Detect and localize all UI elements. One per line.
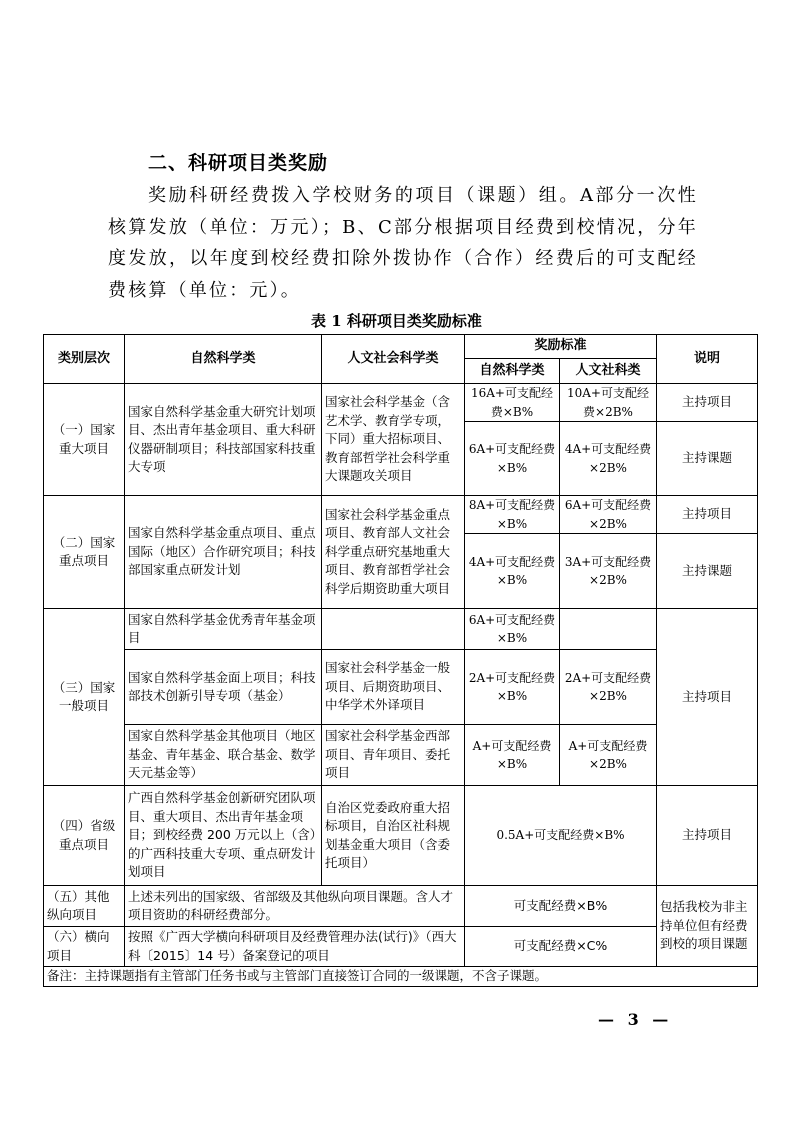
header-natural: 自然科学类 — [125, 335, 322, 384]
natural-cell: 国家自然科学基金其他项目（地区基金、青年基金、联合基金、数学天元基金等） — [125, 725, 322, 786]
note-cell: 主持项目 — [657, 609, 758, 786]
note-cell: 包括我校为非主持单位但有经费到校的项目课题 — [657, 886, 758, 967]
natural-cell: 广西自然科学基金创新研究团队项目、重大项目、杰出青年基金项目；到校经费 200 … — [125, 786, 322, 886]
natural-cell: 国家自然科学基金面上项目；科技部技术创新引导专项（基金） — [125, 650, 322, 725]
note-cell: 主持课题 — [657, 534, 758, 609]
section-paragraph: 奖励科研经费拨入学校财务的项目（课题）组。A部分一次性核算发放（单位：万元）；B… — [108, 180, 698, 306]
humanities-cell: 国家社会科学基金一般项目、后期资助项目、中华学术外译项目 — [322, 650, 465, 725]
header-reward-humanities: 人文社科类 — [560, 359, 657, 384]
reward-natural-cell: 8A+可支配经费×B% — [465, 496, 560, 534]
category-cell: （四）省级重点项目 — [44, 786, 125, 886]
header-humanities: 人文社会科学类 — [322, 335, 465, 384]
reward-natural-cell: 4A+可支配经费×B% — [465, 534, 560, 609]
note-cell: 主持项目 — [657, 384, 758, 422]
category-cell: （三）国家一般项目 — [44, 609, 125, 786]
category-cell: （六）横向项目 — [44, 927, 125, 967]
category-cell: （一）国家重大项目 — [44, 384, 125, 496]
description-cell: 上述未列出的国家级、省部级及其他纵向项目课题。含人才项目资助的科研经费部分。 — [125, 886, 465, 927]
reward-humanities-cell: 2A+可支配经费×2B% — [560, 650, 657, 725]
table-row: 国家自然科学基金面上项目；科技部技术创新引导专项（基金） 国家社会科学基金一般项… — [44, 650, 758, 725]
humanities-cell — [322, 609, 465, 650]
header-note: 说明 — [657, 335, 758, 384]
reward-humanities-cell: 3A+可支配经费×2B% — [560, 534, 657, 609]
table-row: （二）国家重点项目 国家自然科学基金重点项目、重点国际（地区）合作研究项目；科技… — [44, 496, 758, 534]
reward-natural-cell: 6A+可支配经费×B% — [465, 609, 560, 650]
table-row: （一）国家重大项目 国家自然科学基金重大研究计划项目、杰出青年基金项目、重大科研… — [44, 384, 758, 422]
note-cell: 主持项目 — [657, 786, 758, 886]
reward-humanities-cell — [560, 609, 657, 650]
reward-cell: 可支配经费×C% — [465, 927, 657, 967]
reward-humanities-cell: 6A+可支配经费×2B% — [560, 496, 657, 534]
note-cell: 主持课题 — [657, 422, 758, 496]
reward-natural-cell: A+可支配经费×B% — [465, 725, 560, 786]
remark-cell: 备注：主持课题指有主管部门任务书或与主管部门直接签订合同的一级课题，不含子课题。 — [44, 967, 758, 987]
natural-cell: 国家自然科学基金重大研究计划项目、杰出青年基金项目、重大科研仪器研制项目；科技部… — [125, 384, 322, 496]
table-caption: 表 1 科研项目类奖励标准 — [0, 310, 793, 331]
header-reward: 奖励标准 — [465, 335, 657, 359]
humanities-cell: 国家社会科学基金（含艺术学、教育学专项，下同）重大招标项目、教育部哲学社会科学重… — [322, 384, 465, 496]
header-category: 类别层次 — [44, 335, 125, 384]
reward-humanities-cell: 10A+可支配经费×2B% — [560, 384, 657, 422]
humanities-cell: 自治区党委政府重大招标项目，自治区社科规划基金重大项目（含委托项目） — [322, 786, 465, 886]
table-row: （五）其他纵向项目 上述未列出的国家级、省部级及其他纵向项目课题。含人才项目资助… — [44, 886, 758, 927]
header-reward-natural: 自然科学类 — [465, 359, 560, 384]
table-row: （四）省级重点项目 广西自然科学基金创新研究团队项目、重大项目、杰出青年基金项目… — [44, 786, 758, 886]
reward-cell: 可支配经费×B% — [465, 886, 657, 927]
humanities-cell: 国家社会科学基金重点项目、教育部人文社会科学重点研究基地重大项目、教育部哲学社会… — [322, 496, 465, 609]
category-cell: （五）其他纵向项目 — [44, 886, 125, 927]
table-row: 国家自然科学基金其他项目（地区基金、青年基金、联合基金、数学天元基金等） 国家社… — [44, 725, 758, 786]
natural-cell: 国家自然科学基金优秀青年基金项目 — [125, 609, 322, 650]
table-row: （三）国家一般项目 国家自然科学基金优秀青年基金项目 6A+可支配经费×B% 主… — [44, 609, 758, 650]
natural-cell: 国家自然科学基金重点项目、重点国际（地区）合作研究项目；科技部国家重点研发计划 — [125, 496, 322, 609]
reward-humanities-cell: A+可支配经费×2B% — [560, 725, 657, 786]
section-heading: 二、科研项目类奖励 — [148, 148, 328, 175]
page-number: — 3 — — [598, 1010, 672, 1029]
description-cell: 按照《广西大学横向科研项目及经费管理办法(试行)》（西大科〔2015〕14 号）… — [125, 927, 465, 967]
reward-natural-cell: 2A+可支配经费×B% — [465, 650, 560, 725]
reward-humanities-cell: 4A+可支配经费×2B% — [560, 422, 657, 496]
reward-cell: 0.5A+可支配经费×B% — [465, 786, 657, 886]
note-cell: 主持项目 — [657, 496, 758, 534]
table-remark-row: 备注：主持课题指有主管部门任务书或与主管部门直接签订合同的一级课题，不含子课题。 — [44, 967, 758, 987]
category-cell: （二）国家重点项目 — [44, 496, 125, 609]
reward-standard-table: 类别层次 自然科学类 人文社会科学类 奖励标准 说明 自然科学类 人文社科类 （… — [43, 334, 758, 987]
reward-natural-cell: 16A+可支配经费×B% — [465, 384, 560, 422]
table-row: （六）横向项目 按照《广西大学横向科研项目及经费管理办法(试行)》（西大科〔20… — [44, 927, 758, 967]
reward-natural-cell: 6A+可支配经费×B% — [465, 422, 560, 496]
humanities-cell: 国家社会科学基金西部项目、青年项目、委托项目 — [322, 725, 465, 786]
